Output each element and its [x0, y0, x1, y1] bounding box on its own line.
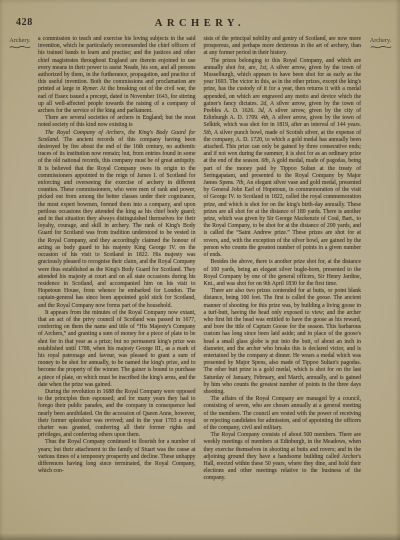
- margin-note-right: Archery.: [363, 37, 398, 50]
- paragraph: The Royal Company of Archers, the King's…: [38, 130, 196, 310]
- text-columns: a commission to teach and exercise his l…: [38, 36, 361, 483]
- paragraph: During the revolution in 1688 the Royal …: [38, 389, 196, 439]
- paragraph: The prizes belonging to this Royal Compa…: [204, 58, 362, 260]
- paragraph: The Royal Company consists of about 500 …: [204, 432, 362, 482]
- margin-note-left-label: Archery.: [9, 37, 30, 44]
- margin-note-right-label: Archery.: [370, 37, 391, 44]
- paragraph: It appears from the minutes of the Royal…: [38, 310, 196, 389]
- flourish-icon: [369, 44, 393, 50]
- paragraph: a commission to teach and exercise his l…: [38, 36, 196, 115]
- paragraph: Thus the Royal Company continued to flou…: [38, 439, 196, 475]
- left-column: a commission to teach and exercise his l…: [38, 36, 196, 483]
- paragraph: There are several societies of archers i…: [38, 115, 196, 129]
- flourish-icon: [8, 44, 32, 50]
- paragraph: The affairs of the Royal Company are man…: [204, 396, 362, 432]
- paragraph: Besides the above, there is another priz…: [204, 259, 362, 288]
- paragraph: sists of the principal nobility and gent…: [204, 36, 362, 58]
- paragraph: There are also two prizes contended for …: [204, 288, 362, 396]
- page-header-title: ARCHERY.: [0, 18, 400, 29]
- right-column: sists of the principal nobility and gent…: [204, 36, 362, 483]
- margin-note-left: Archery.: [3, 37, 37, 50]
- book-page: 428 ARCHERY. Archery. Archery. a commiss…: [0, 0, 400, 540]
